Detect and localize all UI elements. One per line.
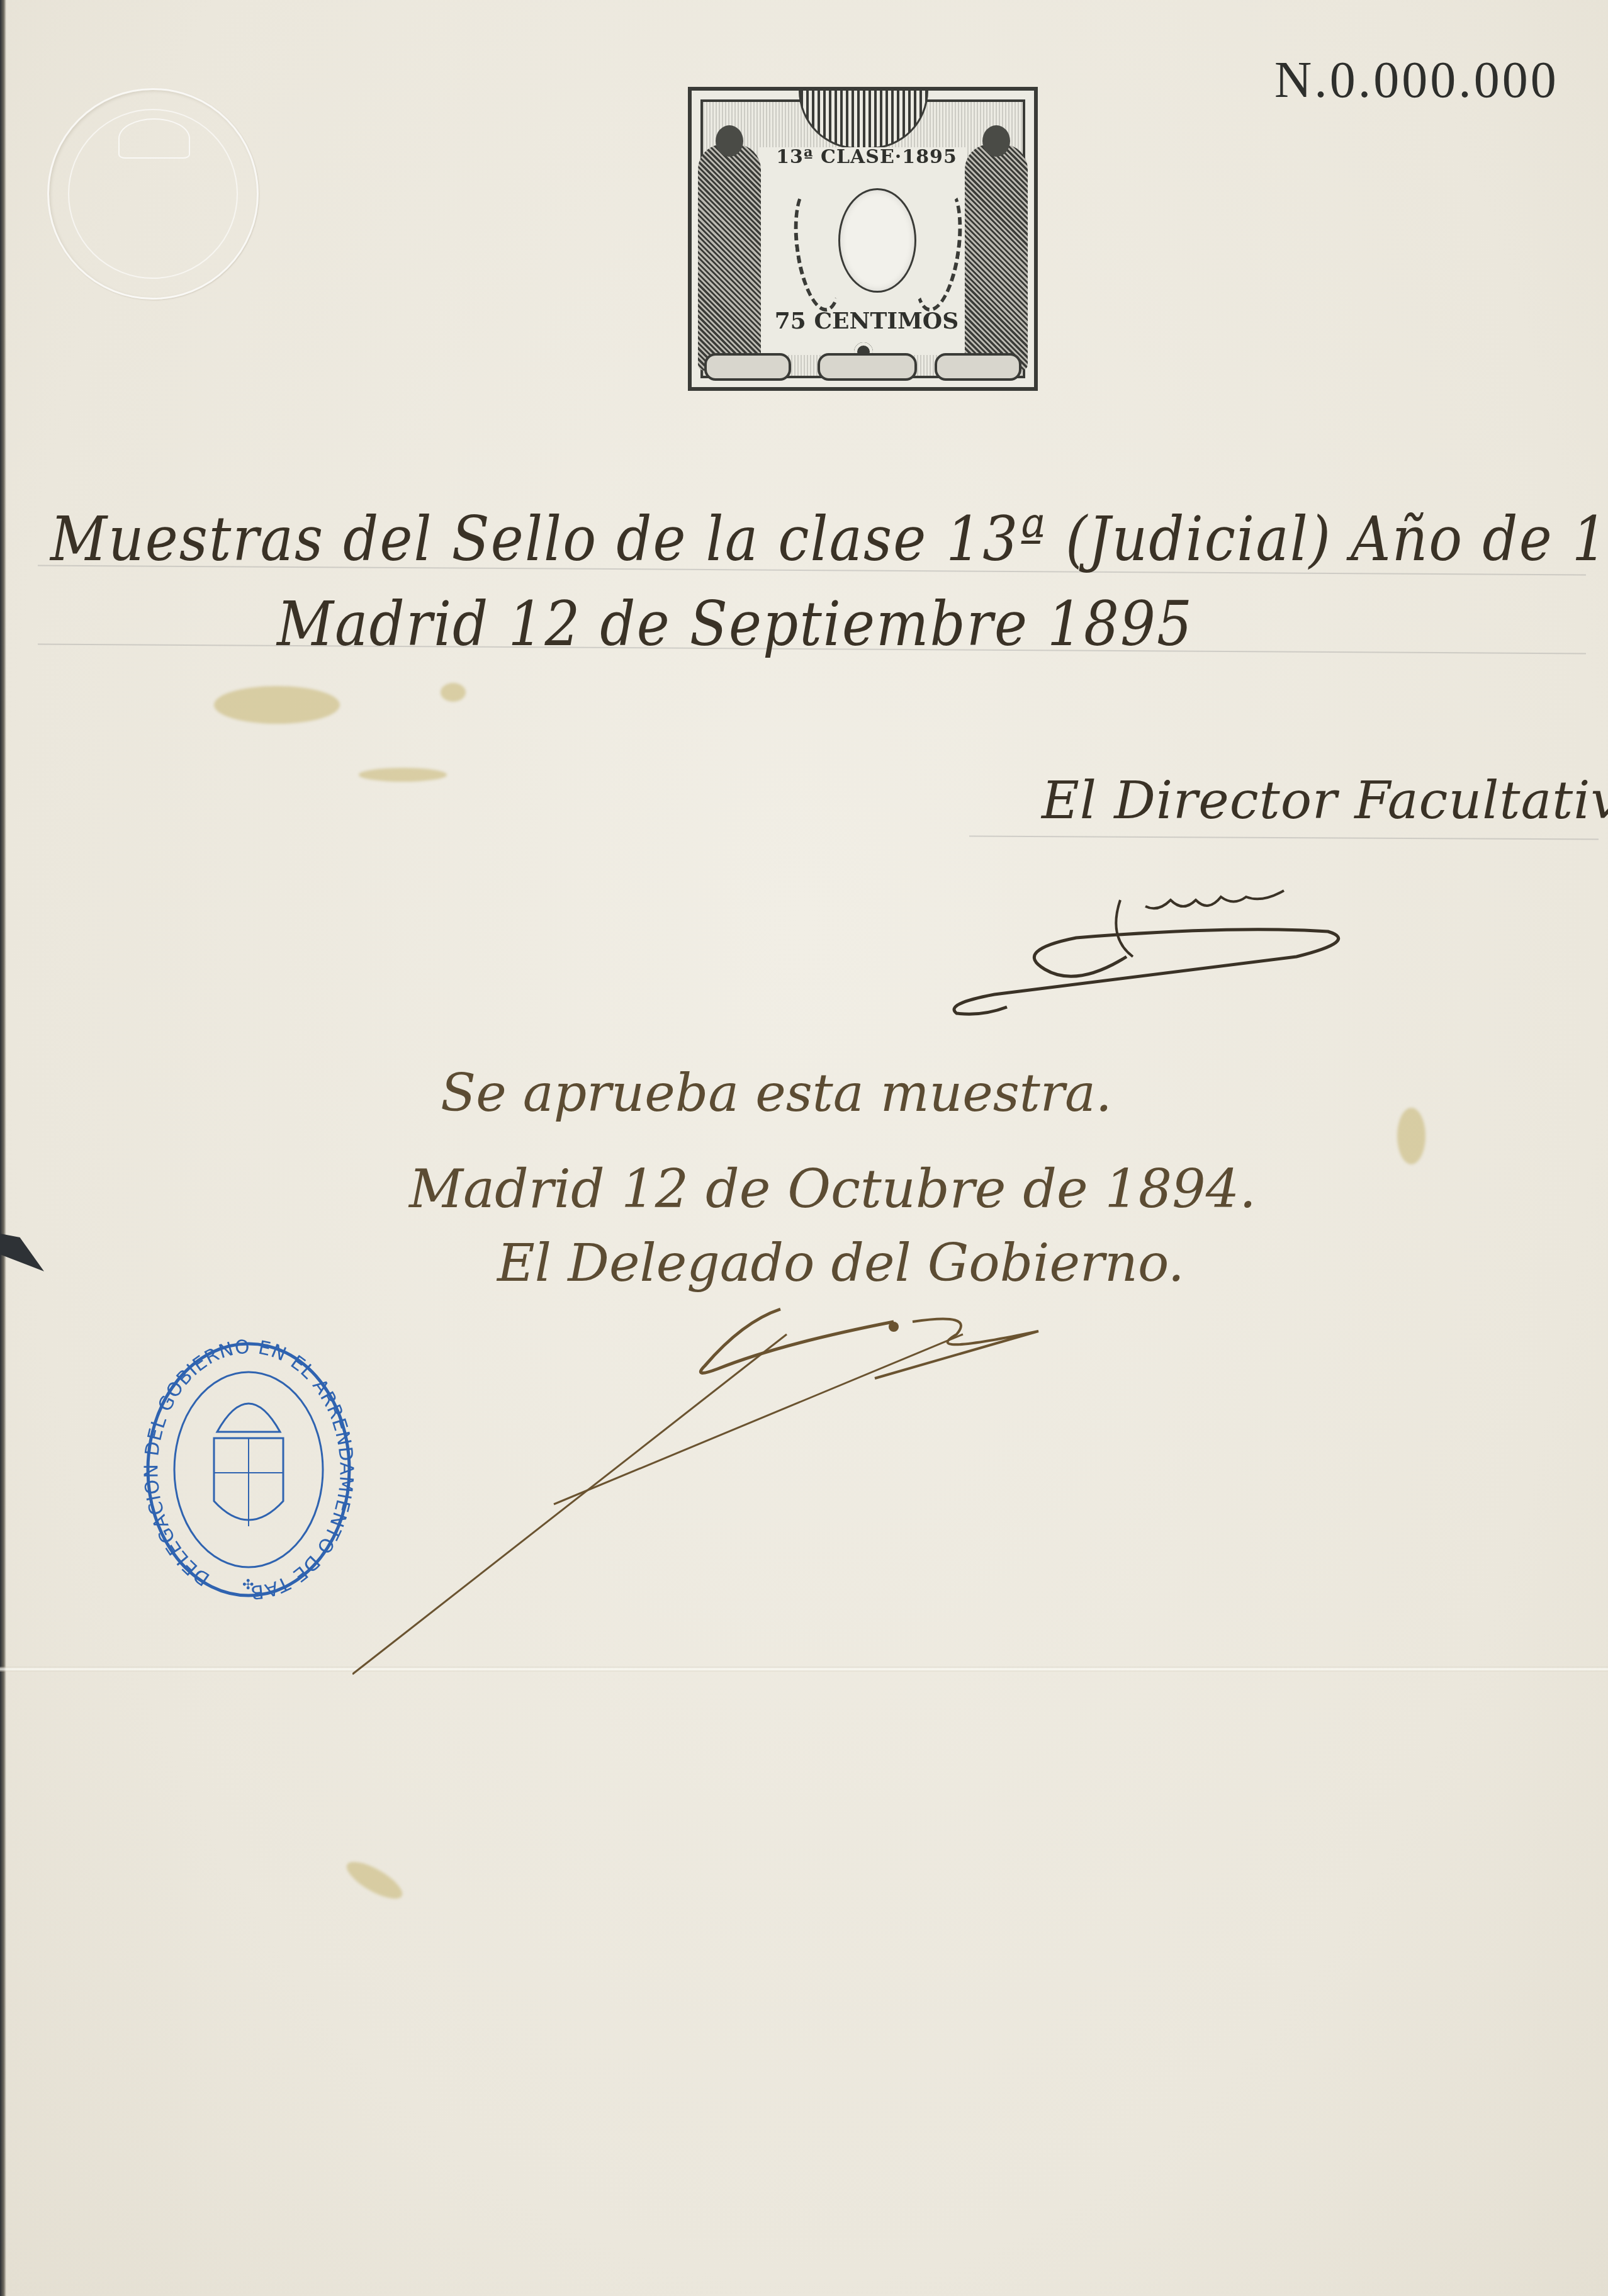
- embossed-seal: [47, 88, 259, 300]
- approval-line-1: Se aprueba esta muestra.: [441, 1064, 1112, 1123]
- approval-line-3: El Delegado del Gobierno.: [497, 1234, 1184, 1293]
- stain: [359, 768, 447, 782]
- allegorical-figure-right: [965, 144, 1028, 371]
- stain: [214, 686, 340, 724]
- allegorical-figure-left: [698, 144, 761, 371]
- stamp-value-text: 75 CENTIMOS: [692, 308, 1042, 334]
- delegate-signature: [352, 1297, 1076, 1687]
- crown-icon: [118, 118, 190, 159]
- government-delegation-seal: DELEGACION DEL GOBIERNO EN EL ARRENDAMIE…: [142, 1337, 356, 1602]
- svg-text:✣: ✣: [242, 1577, 254, 1592]
- scroll-ornament: [935, 353, 1021, 381]
- serial-number: N.0.000.000: [1274, 50, 1559, 110]
- approval-line-2: Madrid 12 de Octubre de 1894.: [409, 1158, 1256, 1220]
- header-handwriting-line-2: Madrid 12 de Septiembre 1895: [277, 588, 1193, 660]
- scroll-ornament: [818, 353, 917, 381]
- page-edge: [0, 0, 6, 2296]
- scroll-ornament: [704, 353, 791, 381]
- embossed-oval: [838, 188, 916, 293]
- header-handwriting-line-1: Muestras del Sello de la clase 13ª (Judi…: [50, 504, 1608, 575]
- director-signature: [919, 862, 1485, 1020]
- director-title: El Director Facultativo: [1042, 771, 1608, 831]
- stain: [1397, 1108, 1425, 1164]
- stamp-class-text: 13ª CLASE·1895: [692, 146, 1042, 168]
- revenue-stamp: 13ª CLASE·1895 75 CENTIMOS: [688, 87, 1038, 391]
- stain: [441, 683, 466, 702]
